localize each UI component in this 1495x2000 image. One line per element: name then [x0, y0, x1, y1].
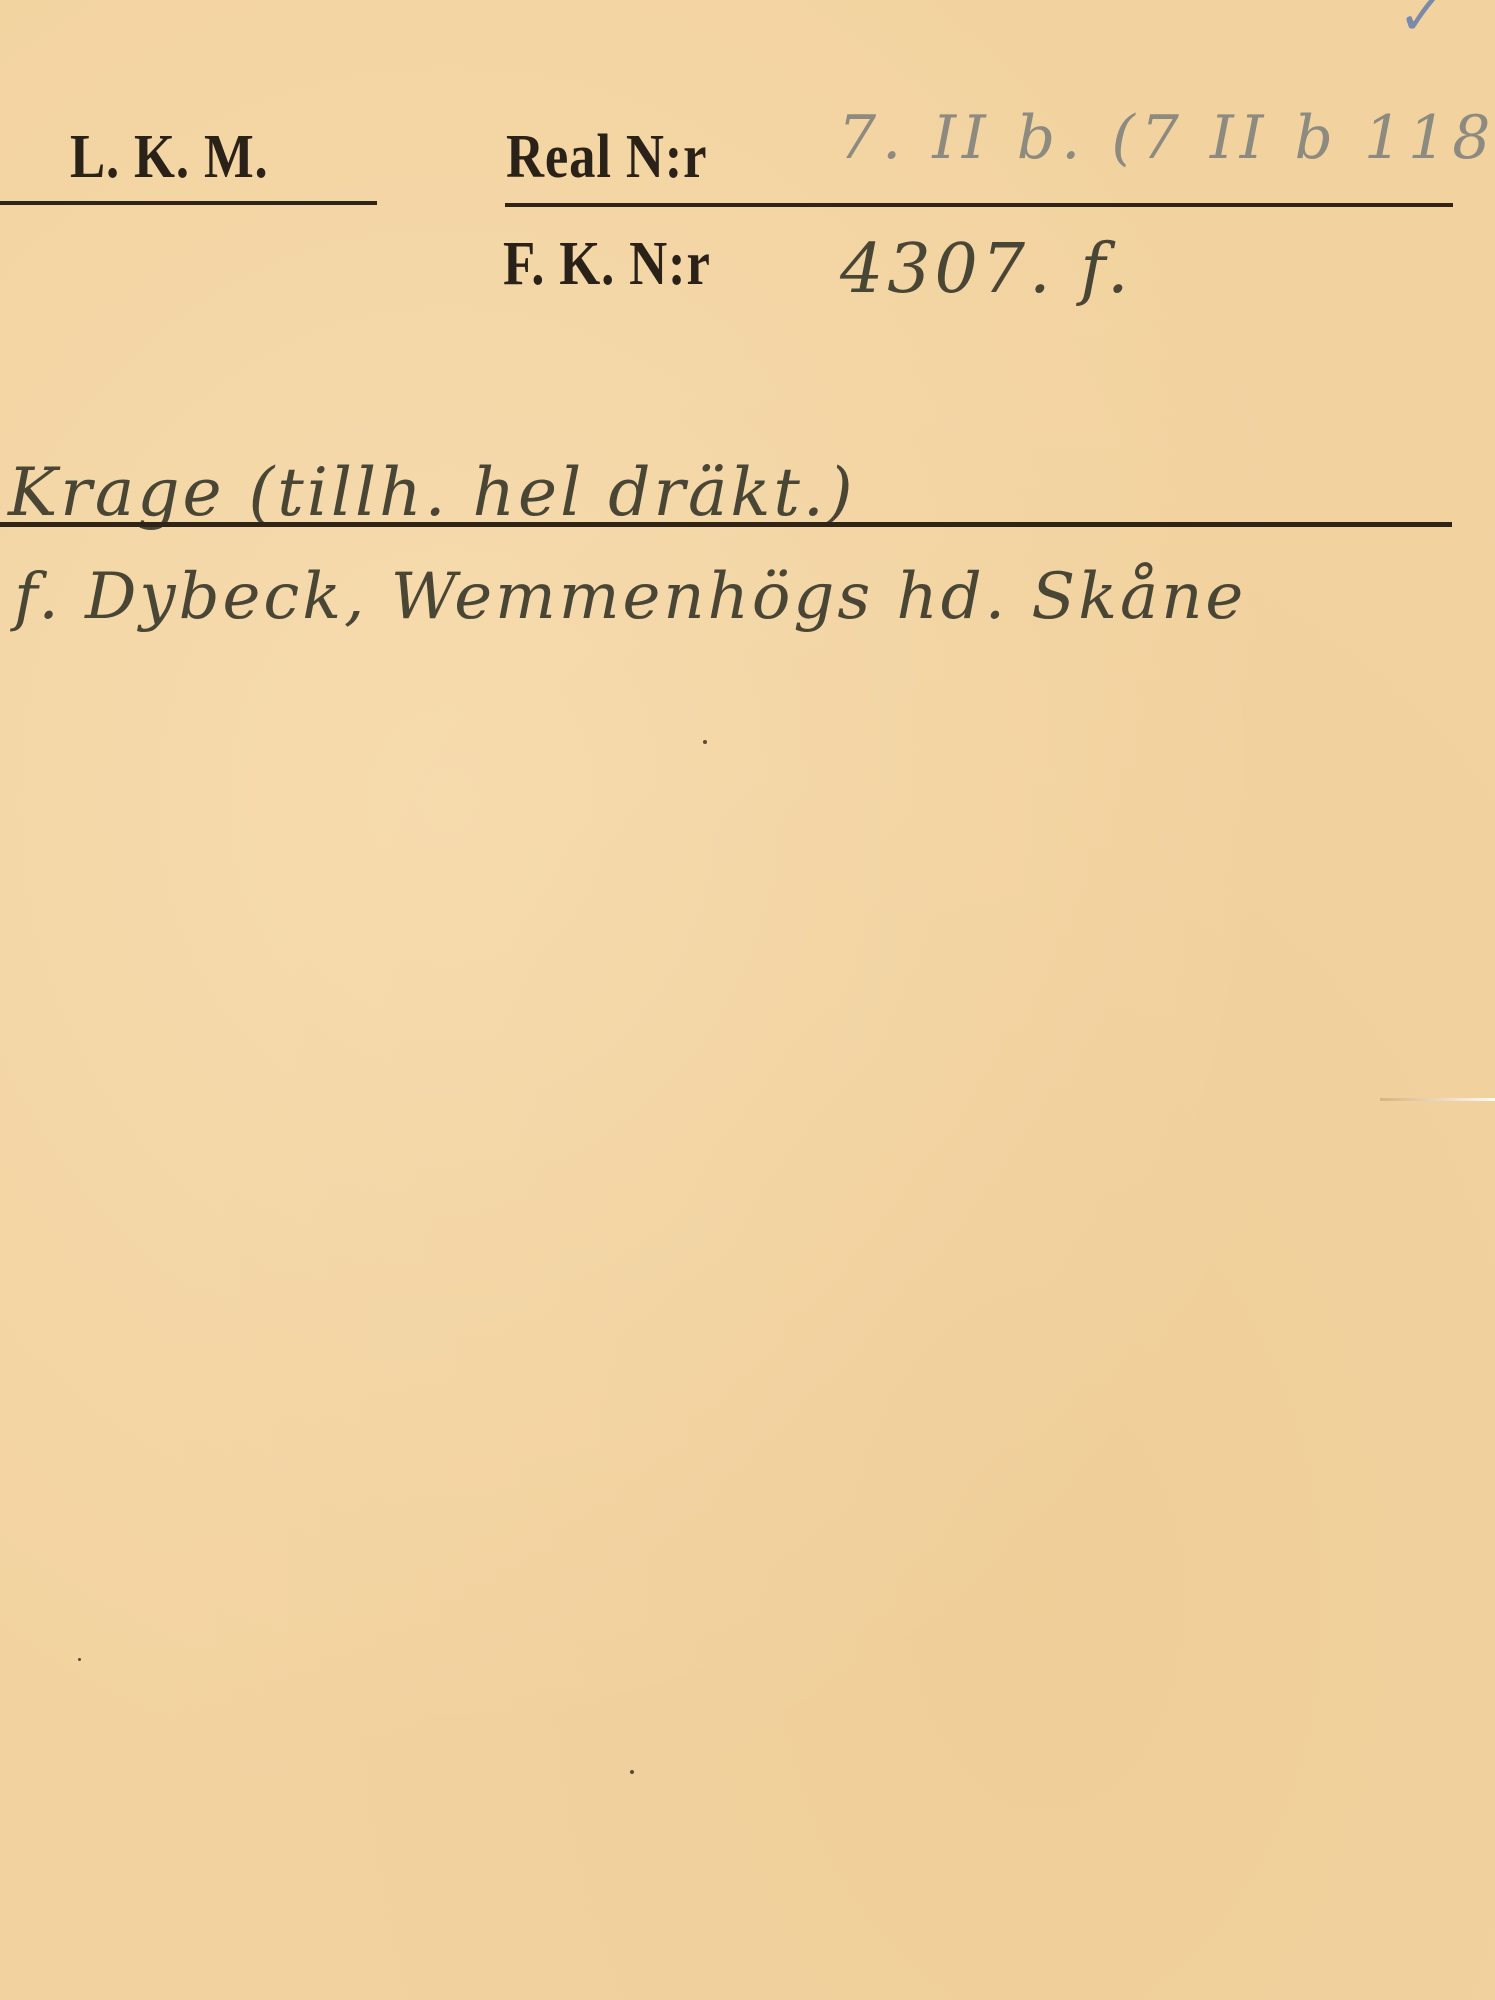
paper-speck — [78, 1658, 81, 1661]
check-mark-icon: ✓ — [1398, 0, 1445, 44]
fk-nr-label: F. K. N:r — [503, 233, 711, 295]
real-nr-value: 7. II b. (7 II b 118) — [838, 108, 1495, 168]
paper-speck — [703, 740, 707, 744]
provenance-line: f. Dybeck, Wemmenhögs hd. Skåne — [14, 565, 1246, 629]
institution-rule — [0, 201, 377, 205]
fk-nr-value: 4307. f. — [840, 236, 1133, 304]
catalogue-card: ✓ L. K. M. Real N:r 7. II b. (7 II b 118… — [0, 0, 1495, 2000]
real-nr-label: Real N:r — [506, 126, 707, 188]
paper-speck — [630, 1770, 634, 1774]
institution-label: L. K. M. — [70, 126, 269, 188]
object-description: Krage (tillh. hel dräkt.) — [8, 460, 856, 526]
object-rule — [0, 522, 1452, 527]
paper-crease — [1380, 1098, 1495, 1101]
real-nr-rule — [505, 203, 1453, 207]
